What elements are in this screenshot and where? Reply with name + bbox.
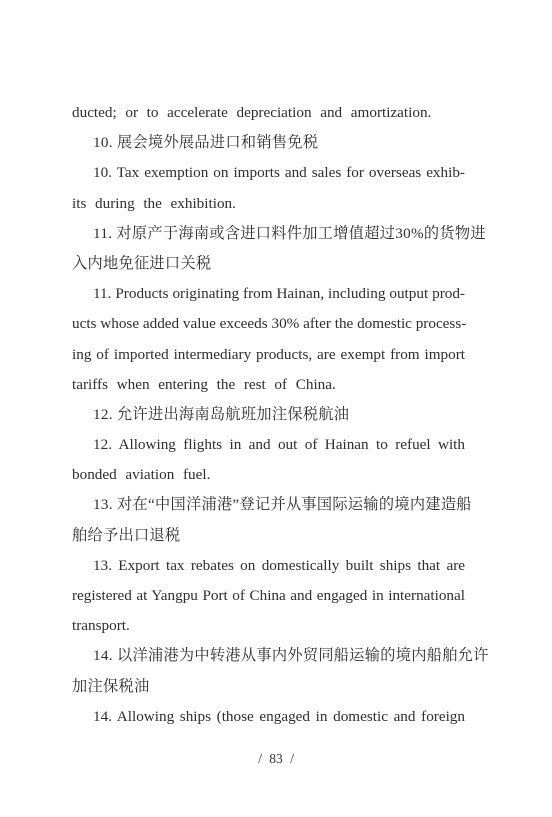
text-line-en-item-14: 14. Allowing ships (those engaged in dom… (72, 702, 465, 732)
text-line-zh-heading-11: 11. 对原产于海南或含进口料件加工增值超过30%的货物进 (72, 219, 465, 249)
text-line-en-item-10: its during the exhibition. (72, 189, 465, 219)
page-number: / 83 / (0, 749, 552, 769)
text-line-zh-heading-10: 10. 展会境外展品进口和销售免税 (72, 128, 465, 158)
text-line-en-item-13: 13. Export tax rebates on domestically b… (72, 551, 465, 581)
text-line-en-item-13: transport. (72, 611, 465, 641)
text-block: ducted; or to accelerate depreciation an… (72, 98, 465, 732)
text-line-en-item-12: bonded aviation fuel. (72, 460, 465, 490)
text-line-en-item-13: registered at Yangpu Port of China and e… (72, 581, 465, 611)
text-line-en-item-10: 10. Tax exemption on imports and sales f… (72, 158, 465, 188)
text-line-en-item-12: 12. Allowing flights in and out of Haina… (72, 430, 465, 460)
document-page: ducted; or to accelerate depreciation an… (0, 0, 552, 817)
text-line-zh-heading-14: 14. 以洋浦港为中转港从事内外贸同船运输的境内船舶允许 (72, 641, 465, 671)
text-line-en-item-11: 11. Products originating from Hainan, in… (72, 279, 465, 309)
text-line-zh-heading-13: 13. 对在“中国洋浦港”登记并从事国际运输的境内建造船 (72, 490, 465, 520)
text-line-zh-heading-11: 入内地免征进口关税 (72, 249, 465, 279)
text-line-en-continuation: ducted; or to accelerate depreciation an… (72, 98, 465, 128)
text-line-en-item-11: ucts whose added value exceeds 30% after… (72, 309, 465, 339)
text-line-en-item-11: tariffs when entering the rest of China. (72, 370, 465, 400)
text-line-zh-heading-14: 加注保税油 (72, 672, 465, 702)
text-line-zh-heading-13: 舶给予出口退税 (72, 521, 465, 551)
text-line-zh-heading-12: 12. 允许进出海南岛航班加注保税航油 (72, 400, 465, 430)
text-line-en-item-11: ing of imported intermediary products, a… (72, 340, 465, 370)
